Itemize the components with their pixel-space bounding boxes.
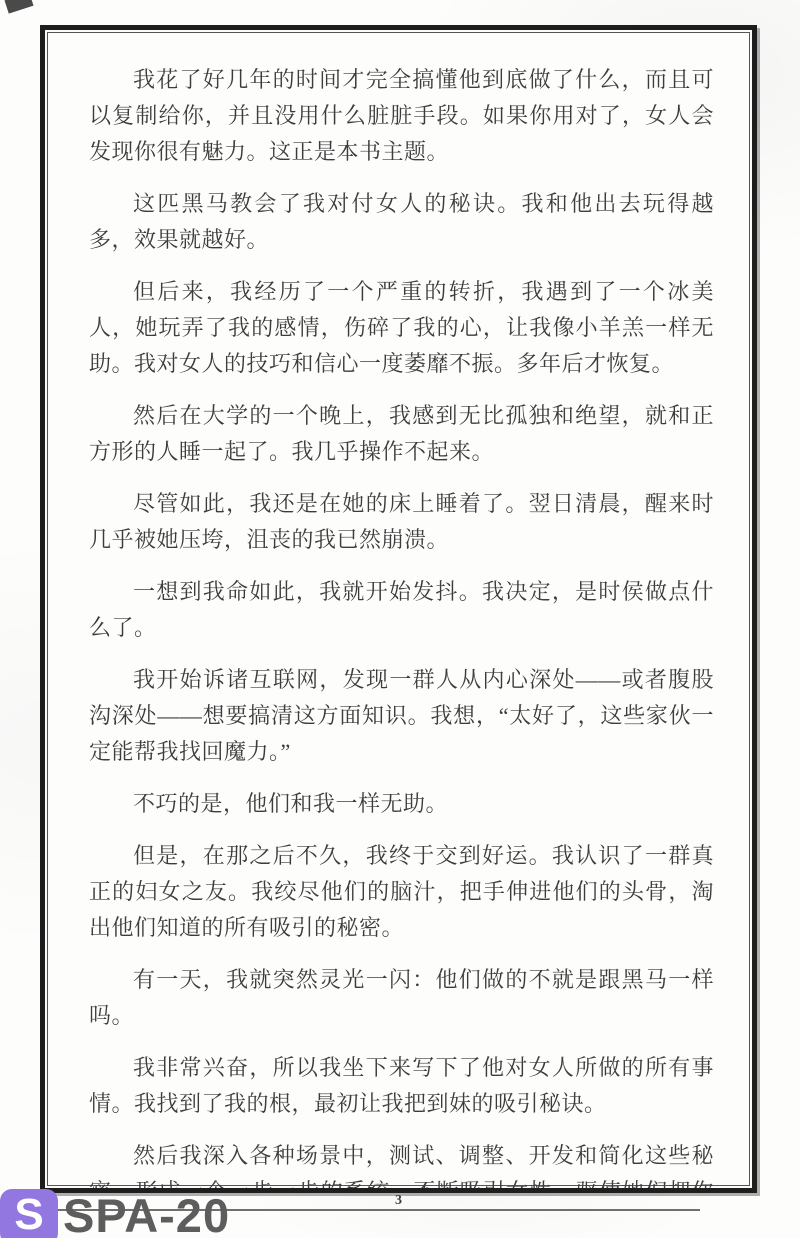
- watermark-label: SPA-20: [63, 1192, 230, 1238]
- paragraph: 不巧的是，他们和我一样无助。: [89, 786, 714, 822]
- paragraph: 我开始诉诸互联网，发现一群人从内心深处——或者腹股沟深处——想要搞清这方面知识。…: [89, 662, 714, 770]
- watermark: S SPA-20: [0, 1184, 360, 1238]
- paragraph: 这匹黑马教会了我对付女人的秘诀。我和他出去玩得越多，效果就越好。: [89, 186, 714, 258]
- paragraph: 我花了好几年的时间才完全搞懂他到底做了什么，而且可以复制给你，并且没用什么脏脏手…: [89, 62, 714, 170]
- paragraph: 尽管如此，我还是在她的床上睡着了。翌日清晨，醒来时几乎被她压垮，沮丧的我已然崩溃…: [89, 486, 714, 558]
- page-text: 我花了好几年的时间才完全搞懂他到底做了什么，而且可以复制给你，并且没用什么脏脏手…: [45, 30, 752, 1188]
- paragraph: 但后来，我经历了一个严重的转折，我遇到了一个冰美人，她玩弄了我的感情，伤碎了我的…: [89, 274, 714, 382]
- paragraph: 但是，在那之后不久，我终于交到好运。我认识了一群真正的妇女之友。我绞尽他们的脑汁…: [89, 838, 714, 946]
- paragraph: 然后我深入各种场景中，测试、调整、开发和简化这些秘密，形成一个一步一步的系统，不…: [89, 1138, 714, 1188]
- page-frame: 我花了好几年的时间才完全搞懂他到底做了什么，而且可以复制给你，并且没用什么脏脏手…: [40, 25, 757, 1193]
- paragraph: 一想到我命如此，我就开始发抖。我决定，是时侯做点什么了。: [89, 574, 714, 646]
- spa-logo-icon: S: [0, 1189, 58, 1238]
- scan-artifact-mark: [4, 0, 33, 14]
- paragraph: 有一天，我就突然灵光一闪：他们做的不就是跟黑马一样吗。: [89, 962, 714, 1034]
- paragraph: 我非常兴奋，所以我坐下来写下了他对女人所做的所有事情。我找到了我的根，最初让我把…: [89, 1050, 714, 1122]
- spa-logo-letter: S: [14, 1193, 43, 1237]
- paragraph: 然后在大学的一个晚上，我感到无比孤独和绝望，就和正方形的人睡一起了。我几乎操作不…: [89, 398, 714, 470]
